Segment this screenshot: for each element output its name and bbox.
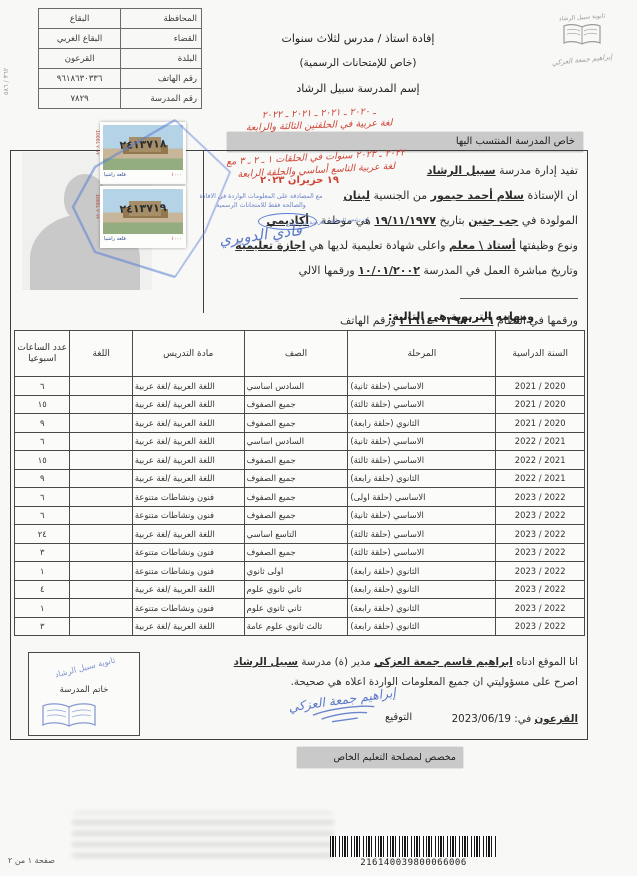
table-cell: جميع الصفوف xyxy=(244,395,348,414)
table-cell: ٩ xyxy=(15,414,70,433)
table-cell: 2022 / 2023 xyxy=(496,617,585,636)
table-cell: 2022 / 2023 xyxy=(496,525,585,544)
table-cell xyxy=(70,469,132,488)
info-row: المحافظةالبقاع xyxy=(39,9,202,29)
table-cell: الاساسي (حلقة ثالثة) xyxy=(348,543,496,562)
table-cell: اللغة العربية /لغة عربية xyxy=(132,580,244,599)
table-cell: 2022 / 2023 xyxy=(496,562,585,581)
automated-number-blank xyxy=(460,288,578,299)
table-cell: جميع الصفوف xyxy=(244,451,348,470)
table-cell xyxy=(70,377,132,396)
info-value: ٩٦١٨٦٣٠٣٣٦ xyxy=(39,69,121,89)
table-cell: الاساسي (حلقة ثالثة) xyxy=(348,525,496,544)
table-cell: الثانوي (حلقة رابعة) xyxy=(348,469,496,488)
table-cell: ٦ xyxy=(15,506,70,525)
table-cell: ٦ xyxy=(15,377,70,396)
table-cell: جميع الصفوف xyxy=(244,488,348,507)
start-date-value: ١٠/٠١/٢٠٠٢ xyxy=(358,264,420,277)
table-row: 2022 / 2023الثانوي (حلقة رابعة)ثاني ثانو… xyxy=(15,599,585,618)
table-row: 2022 / 2023الثانوي (حلقة رابعة)اولى ثانو… xyxy=(15,562,585,581)
school-name-line: إسم المدرسة سبيل الرشاد xyxy=(252,82,464,95)
table-cell: الاساسي (حلقة ثانية) xyxy=(348,506,496,525)
table-row: 2022 / 2023الاساسي (حلقة اولى)جميع الصفو… xyxy=(15,488,585,507)
fiscal-stamp-1: ٢٤١٣٧١٨ ١٠٠٠ قلعة راشيا 1000L ٢٠٢٢ xyxy=(100,122,186,184)
school-name-value: سبيل الرشاد xyxy=(234,656,298,668)
table-cell xyxy=(70,488,132,507)
info-value: البقاع الغربي xyxy=(39,29,121,49)
table-cell: ٣ xyxy=(15,617,70,636)
table-cell xyxy=(70,617,132,636)
table-cell: ١ xyxy=(15,562,70,581)
table-row: 2022 / 2023الثانوي (حلقة رابعة)ثالث ثانو… xyxy=(15,617,585,636)
table-cell: 2021 / 2022 xyxy=(496,469,585,488)
table-cell: جميع الصفوف xyxy=(244,543,348,562)
table-cell: اللغة العربية /لغة عربية xyxy=(132,469,244,488)
fiscal-stamp-1-serial: ٢٤١٣٧١٨ xyxy=(103,137,183,153)
info-row: القضاءالبقاع الغربي xyxy=(39,29,202,49)
col-header-language: اللغة xyxy=(70,331,132,377)
red-handwritten-date: ١٩ حزيران ٢٠٢٣ xyxy=(260,175,339,186)
table-cell: جميع الصفوف xyxy=(244,414,348,433)
birthplace-value: جب جنين xyxy=(468,214,518,227)
teaching-assignments-table: السنة الدراسية المرحلة الصف مادة التدريس… xyxy=(14,330,585,636)
table-row: 2020 / 2021الثانوي (حلقة رابعة)جميع الصف… xyxy=(15,414,585,433)
col-header-stage: المرحلة xyxy=(348,331,496,377)
teacher-name-value: سلام أحمد حيمور xyxy=(431,189,524,202)
statement-text: ونوع وظيفتها xyxy=(516,239,578,252)
table-cell: 2020 / 2021 xyxy=(496,414,585,433)
statement-text: وتاريخ مباشرة العمل في المدرسة xyxy=(420,264,578,277)
statement-text: ان الإستاذة xyxy=(524,189,578,202)
statement-text: المولودة في xyxy=(518,214,578,227)
info-label: رقم الهاتف xyxy=(121,69,202,89)
open-book-icon xyxy=(562,23,602,49)
table-cell: اللغة العربية /لغة عربية xyxy=(132,377,244,396)
table-cell: جميع الصفوف xyxy=(244,469,348,488)
table-cell: الثانوي (حلقة رابعة) xyxy=(348,599,496,618)
table-cell: ٢٤ xyxy=(15,525,70,544)
table-row: 2022 / 2023الاساسي (حلقة ثالثة)جميع الصف… xyxy=(15,543,585,562)
nationality-value: لبنان xyxy=(343,189,370,202)
fiscal-stamp-2-caption-row: ١٠٠٠ قلعة راشيا xyxy=(103,234,183,244)
info-label: رقم المدرسة xyxy=(121,89,202,109)
school-seal-label: خاتم المدرسة xyxy=(29,685,139,695)
info-row: رقم الهاتف٩٦١٨٦٣٠٣٣٦ xyxy=(39,69,202,89)
page-number: صفحة ١ من ٢ xyxy=(8,856,55,865)
table-row: 2020 / 2021الاساسي (حلقة ثانية)السادس اس… xyxy=(15,377,585,396)
margin-reference-number: ٣٦٢ / ٥٨٦ xyxy=(2,68,10,95)
table-cell xyxy=(70,506,132,525)
table-cell: الثانوي (حلقة رابعة) xyxy=(348,580,496,599)
principal-name-value: ابراهيم قاسم جمعة العزكي xyxy=(374,656,513,668)
table-cell xyxy=(70,543,132,562)
document-title: إفادة استاذ / مدرس لثلاث سنوات xyxy=(252,32,464,45)
table-cell xyxy=(70,451,132,470)
stamp-side-text: 1000L ٢٠٢٢ xyxy=(94,130,99,155)
table-cell: 2022 / 2023 xyxy=(496,580,585,599)
table-cell: الثانوي (حلقة رابعة) xyxy=(348,414,496,433)
info-label: المحافظة xyxy=(121,9,202,29)
table-body: 2020 / 2021الاساسي (حلقة ثانية)السادس اس… xyxy=(15,377,585,636)
header-stamp-signature: إبراهيم جمعة العزكي xyxy=(538,51,626,68)
col-header-subject: مادة التدريس xyxy=(132,331,244,377)
col-header-school-year: السنة الدراسية xyxy=(496,331,585,377)
statement-text: واعلى شهادة تعليمية لديها هي xyxy=(306,239,450,252)
approval-line-1: مع المصادقة على المعلومات الواردة في الا… xyxy=(196,192,326,201)
tasks-section-header: ومهامه التربوية هي التالية: xyxy=(388,310,534,323)
date-value: 2023/06/19 xyxy=(452,713,511,725)
declaration-line-1: انا الموقع ادناه ابراهيم قاسم جمعة العزك… xyxy=(212,652,578,672)
table-cell: اللغة العربية /لغة عربية xyxy=(132,395,244,414)
table-cell: فنون ونشاطات متنوعة xyxy=(132,488,244,507)
table-cell: اللغة العربية /لغة عربية xyxy=(132,432,244,451)
scanned-document-page: ٣٦٢ / ٥٨٦ المحافظةالبقاعالقضاءالبقاع الغ… xyxy=(0,0,637,876)
school-info-table: المحافظةالبقاعالقضاءالبقاع الغربيالبلدةا… xyxy=(38,8,202,109)
table-cell xyxy=(70,562,132,581)
table-cell: 2022 / 2023 xyxy=(496,488,585,507)
table-cell xyxy=(70,395,132,414)
fiscal-stamps: ٢٤١٣٧١٨ ١٠٠٠ قلعة راشيا 1000L ٢٠٢٢ ٢٤١٣٧… xyxy=(100,122,192,250)
table-cell xyxy=(70,414,132,433)
school-seal-box: ثانوية سبيل الرشاد خاتم المدرسة xyxy=(28,652,140,736)
school-seal-blue-text: ثانوية سبيل الرشاد xyxy=(32,652,139,685)
table-header-row: السنة الدراسية المرحلة الصف مادة التدريس… xyxy=(15,331,585,377)
declaration-text: في: xyxy=(511,713,535,725)
barcode xyxy=(330,836,497,857)
table-row: 2022 / 2023الاساسي (حلقة ثانية)جميع الصف… xyxy=(15,506,585,525)
table-cell: الاساسي (حلقة اولى) xyxy=(348,488,496,507)
school-info-table-body: المحافظةالبقاعالقضاءالبقاع الغربيالبلدةا… xyxy=(39,9,202,109)
table-cell: ١٥ xyxy=(15,395,70,414)
school-name-value: سبيل الرشاد xyxy=(427,164,496,177)
table-cell: 2022 / 2023 xyxy=(496,543,585,562)
table-cell: ٦ xyxy=(15,488,70,507)
table-cell xyxy=(70,599,132,618)
barcode-number: 216140039800066006 xyxy=(330,858,497,868)
declaration-text: مدير (ة) مدرسة xyxy=(298,656,374,668)
table-cell: الاساسي (حلقة ثالثة) xyxy=(348,451,496,470)
stamp-value: ١٠٠٠ xyxy=(171,172,182,178)
table-cell: ١٥ xyxy=(15,451,70,470)
fiscal-stamp-2-image: ٢٤١٣٧١٩ xyxy=(103,189,183,234)
statement-text: من الجنسية xyxy=(370,189,431,202)
statement-line-5: وتاريخ مباشرة العمل في المدرسة ١٠/٠١/٢٠٠… xyxy=(212,258,578,308)
statement-text: تفيد إدارة مدرسة xyxy=(496,164,578,177)
table-row: 2020 / 2021الاساسي (حلقة ثالثة)جميع الصف… xyxy=(15,395,585,414)
fiscal-stamp-1-caption-row: ١٠٠٠ قلعة راشيا xyxy=(103,170,183,180)
fiscal-stamp-2: ٢٤١٣٧١٩ ١٠٠٠ قلعة راشيا 1000L ٢٠٢٢ xyxy=(100,186,186,248)
table-cell: الثانوي (حلقة رابعة) xyxy=(348,617,496,636)
table-cell: 2021 / 2022 xyxy=(496,432,585,451)
table-row: 2021 / 2022الاساسي (حلقة ثانية)السادس اس… xyxy=(15,432,585,451)
approval-line-2: والصالحة فقط للامتحانات الرسمية xyxy=(196,201,326,210)
table-cell: فنون ونشاطات متنوعة xyxy=(132,543,244,562)
table-cell: التاسع اساسي xyxy=(244,525,348,544)
table-cell: فنون ونشاطات متنوعة xyxy=(132,562,244,581)
section-bar-private-education: مخصص لمصلحة التعليم الخاص xyxy=(297,747,463,768)
table-cell xyxy=(70,432,132,451)
table-cell: ثاني ثانوي علوم xyxy=(244,599,348,618)
info-row: البلدةالقرعون xyxy=(39,49,202,69)
table-row: 2022 / 2023الاساسي (حلقة ثالثة)التاسع اس… xyxy=(15,525,585,544)
stamp-caption: قلعة راشيا xyxy=(104,236,126,242)
table-cell: ٩ xyxy=(15,469,70,488)
col-header-weekly-hours: عدد الساعات اسبوعيا xyxy=(15,331,70,377)
info-value: القرعون xyxy=(39,49,121,69)
table-cell xyxy=(70,580,132,599)
reverse-side-bleed-through xyxy=(72,812,334,858)
certificate-statement: تفيد إدارة مدرسة سبيل الرشاد ان الإستاذة… xyxy=(212,158,578,358)
school-seal-book-icon xyxy=(39,701,99,729)
info-value: ٧٨٢٩ xyxy=(39,89,121,109)
table-cell: اللغة العربية /لغة عربية xyxy=(132,414,244,433)
table-cell xyxy=(70,525,132,544)
table-cell: ١ xyxy=(15,599,70,618)
table-cell: الاساسي (حلقة ثانية) xyxy=(348,432,496,451)
table-cell: ٦ xyxy=(15,432,70,451)
table-cell: السادس اساسي xyxy=(244,377,348,396)
table-cell: فنون ونشاطات متنوعة xyxy=(132,506,244,525)
info-value: البقاع xyxy=(39,9,121,29)
col-header-class: الصف xyxy=(244,331,348,377)
table-cell: فنون ونشاطات متنوعة xyxy=(132,599,244,618)
info-row: رقم المدرسة٧٨٢٩ xyxy=(39,89,202,109)
table-cell: جميع الصفوف xyxy=(244,506,348,525)
fiscal-stamp-1-image: ٢٤١٣٧١٨ xyxy=(103,125,183,170)
table-cell: 2022 / 2023 xyxy=(496,506,585,525)
table-cell: اولى ثانوي xyxy=(244,562,348,581)
info-label: القضاء xyxy=(121,29,202,49)
table-cell: 2020 / 2021 xyxy=(496,377,585,396)
table-row: 2021 / 2022الثانوي (حلقة رابعة)جميع الصف… xyxy=(15,469,585,488)
statement-text: بتاريخ xyxy=(436,214,468,227)
table-cell: ثالث ثانوي علوم عامة xyxy=(244,617,348,636)
table-cell: 2021 / 2022 xyxy=(496,451,585,470)
job-type-value: أستاذ \ معلم xyxy=(449,239,516,252)
table-cell: 2020 / 2021 xyxy=(496,395,585,414)
info-label: البلدة xyxy=(121,49,202,69)
birthdate-value: ١٩/١١/١٩٧٧ xyxy=(374,214,436,227)
document-title-block: إفادة استاذ / مدرس لثلاث سنوات (خاص للإم… xyxy=(252,32,464,95)
table-cell: 2022 / 2023 xyxy=(496,599,585,618)
table-cell: الثانوي (حلقة رابعة) xyxy=(348,562,496,581)
blue-approval-stamp: مع المصادقة على المعلومات الواردة في الا… xyxy=(196,192,326,210)
table-cell: ٣ xyxy=(15,543,70,562)
table-cell: الاساسي (حلقة ثالثة) xyxy=(348,395,496,414)
table-cell: ٤ xyxy=(15,580,70,599)
table-cell: الاساسي (حلقة ثانية) xyxy=(348,377,496,396)
table-row: 2022 / 2023الثانوي (حلقة رابعة)ثاني ثانو… xyxy=(15,580,585,599)
table-cell: السادس اساسي xyxy=(244,432,348,451)
table-cell: ثاني ثانوي علوم xyxy=(244,580,348,599)
fiscal-stamp-2-serial: ٢٤١٣٧١٩ xyxy=(103,201,183,217)
document-subtitle: (خاص للإمتحانات الرسمية) xyxy=(252,57,464,69)
table-row: 2021 / 2022الاساسي (حلقة ثالثة)جميع الصف… xyxy=(15,451,585,470)
stamp-value: ١٠٠٠ xyxy=(171,236,182,242)
declaration-text: انا الموقع ادناه xyxy=(513,656,578,668)
stamp-caption: قلعة راشيا xyxy=(104,172,126,178)
header-school-stamp: ثانوية سبيل الرشاد إبراهيم جمعة العزكي xyxy=(538,14,626,64)
table-cell: اللغة العربية /لغة عربية xyxy=(132,451,244,470)
table-cell: اللغة العربية /لغة عربية xyxy=(132,525,244,544)
statement-text: ورقمها الالي xyxy=(299,264,359,277)
place-value: القرعون xyxy=(535,713,579,725)
stamp-side-text: 1000L ٢٠٢٢ xyxy=(94,194,99,219)
table-cell: اللغة العربية /لغة عربية xyxy=(132,617,244,636)
